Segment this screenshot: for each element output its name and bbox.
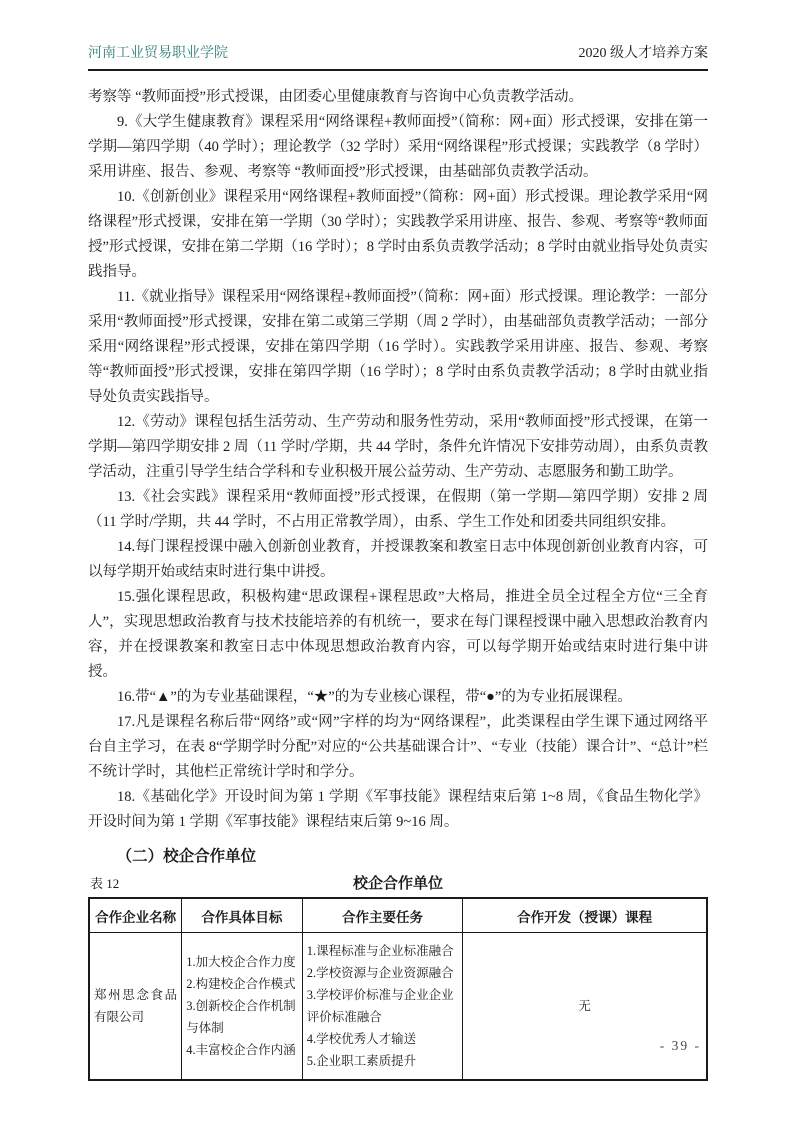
body-paragraph: 14.每门课程授课中融入创新创业教育，并授课教案和教室日志中体现创新创业教育内容… <box>88 535 708 585</box>
cell-cooperation-goals: 1.加大校企合作力度2.构建校企合作模式3.创新校企合作机制与体制4.丰富校企合… <box>182 933 303 1081</box>
body-paragraph: 17.凡是课程名称后带“网络”或“网”字样的均为“网络课程”，此类课程由学生课下… <box>88 710 708 785</box>
table-header-cell: 合作主要任务 <box>302 898 463 933</box>
body-paragraph: 13.《社会实践》课程采用“教师面授”形式授课，在假期（第一学期—第四学期）安排… <box>88 485 708 535</box>
table-header-row: 合作企业名称合作具体目标合作主要任务合作开发（授课）课程 <box>89 898 707 933</box>
cell-cooperation-tasks: 1.课程标准与企业标准融合2.学校资源与企业资源融合3.学校评价标准与企业企业评… <box>302 933 463 1081</box>
cell-company-name: 郑州思念食品有限公司 <box>89 933 182 1081</box>
body-paragraph: 考察等 “教师面授”形式授课，由团委心里健康教育与咨询中心负责教学活动。 <box>88 85 708 110</box>
body-paragraph: 10.《创新创业》课程采用“网络课程+教师面授”（简称：网+面）形式授课。理论教… <box>88 185 708 285</box>
body-paragraph: 15.强化课程思政，积极构建“思政课程+课程思政”大格局，推进全员全过程全方位“… <box>88 585 708 685</box>
task-item: 3.学校评价标准与企业企业评价标准融合 <box>307 984 459 1028</box>
table-header-cell: 合作开发（授课）课程 <box>463 898 707 933</box>
page-header: 河南工业贸易职业学院 2020 级人才培养方案 <box>88 46 708 71</box>
page-number: - 39 - <box>660 1038 701 1054</box>
task-item: 2.学校资源与企业资源融合 <box>307 962 459 984</box>
body-paragraph: 11.《就业指导》课程采用“网络课程+教师面授”（简称：网+面）形式授课。理论教… <box>88 285 708 410</box>
table-header-cell: 合作企业名称 <box>89 898 182 933</box>
table-caption-row: 表 12 校企合作单位 <box>88 872 708 896</box>
tasks-list: 1.课程标准与企业标准融合2.学校资源与企业资源融合3.学校评价标准与企业企业评… <box>307 940 459 1072</box>
cell-developed-courses: 无 <box>463 933 707 1081</box>
table-caption: 校企合作单位 <box>353 876 443 892</box>
table-label: 表 12 <box>90 872 119 896</box>
section-heading: （二）校企合作单位 <box>88 845 708 869</box>
body-paragraph: 12.《劳动》课程包括生活劳动、生产劳动和服务性劳动，采用“教师面授”形式授课，… <box>88 410 708 485</box>
goal-item: 2.构建校企合作模式 <box>186 973 298 995</box>
body-paragraphs: 考察等 “教师面授”形式授课，由团委心里健康教育与咨询中心负责教学活动。9.《大… <box>88 85 708 835</box>
task-item: 1.课程标准与企业标准融合 <box>307 940 459 962</box>
body-paragraph: 9.《大学生健康教育》课程采用“网络课程+教师面授”（简称：网+面）形式授课，安… <box>88 110 708 185</box>
table-row: 郑州思念食品有限公司 1.加大校企合作力度2.构建校企合作模式3.创新校企合作机… <box>89 933 707 1081</box>
institution-name: 河南工业贸易职业学院 <box>88 46 228 62</box>
cooperation-table: 合作企业名称合作具体目标合作主要任务合作开发（授课）课程 郑州思念食品有限公司 … <box>88 897 708 1081</box>
page-content: 河南工业贸易职业学院 2020 级人才培养方案 考察等 “教师面授”形式授课，由… <box>88 46 708 1081</box>
document-title: 2020 级人才培养方案 <box>579 46 709 62</box>
task-item: 4.学校优秀人才输送 <box>307 1028 459 1050</box>
goal-item: 3.创新校企合作机制与体制 <box>186 995 298 1039</box>
goal-item: 4.丰富校企合作内涵 <box>186 1039 298 1061</box>
body-paragraph: 18.《基础化学》开设时间为第 1 学期《军事技能》课程结束后第 1~8 周，《… <box>88 785 708 835</box>
table-header-cell: 合作具体目标 <box>182 898 303 933</box>
goals-list: 1.加大校企合作力度2.构建校企合作模式3.创新校企合作机制与体制4.丰富校企合… <box>186 951 298 1061</box>
body-paragraph: 16.带“▲”的为专业基础课程，“★”的为专业核心课程，带“●”的为专业拓展课程… <box>88 685 708 710</box>
goal-item: 1.加大校企合作力度 <box>186 951 298 973</box>
document-page: 河南工业贸易职业学院 2020 级人才培养方案 考察等 “教师面授”形式授课，由… <box>0 0 793 1122</box>
task-item: 5.企业职工素质提升 <box>307 1050 459 1072</box>
